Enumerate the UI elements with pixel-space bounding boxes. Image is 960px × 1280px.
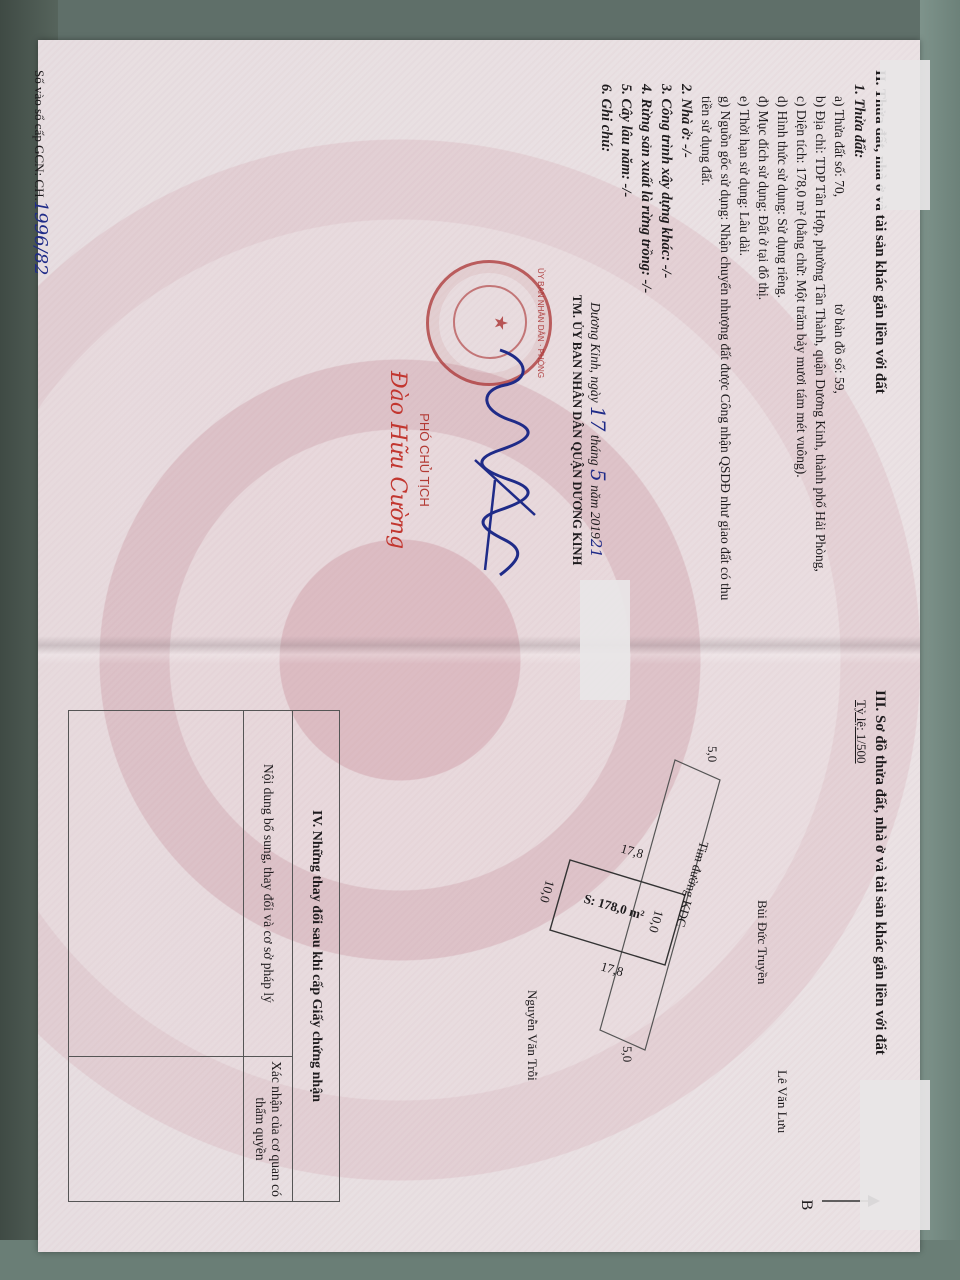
other-works: 3. Công trình xây dựng khác: -/-: [657, 84, 674, 630]
road-width-left: 5,0: [704, 746, 720, 762]
content-cell: [69, 711, 243, 1057]
left-page: II. Thửa đất, nhà ở và tài sản khác gắn …: [30, 70, 900, 630]
neighbor-north: Bùi Đức Truyền: [754, 900, 770, 984]
confirmation-cell: [69, 1057, 243, 1201]
issuing-organization: TM. ỦY BAN NHÂN DÂN QUẬN DƯƠNG KINH: [569, 230, 584, 630]
use-term: e) Thời hạn sử dụng: Lâu dài.: [735, 96, 753, 630]
year-handwritten: 21: [587, 539, 605, 558]
land-heading: 1. Thửa đất:: [850, 84, 867, 630]
perennial-trees: 5. Cây lâu năm: -/-: [617, 84, 634, 630]
rotated-document: II. Thửa đất, nhà ở và tài sản khác gắn …: [0, 0, 960, 1280]
registry-number-handwritten: 1996/82: [30, 201, 51, 276]
map-sheet-number: tờ bản đồ số: 59,: [832, 304, 847, 394]
neighbor-east: Lê Văn Lưu: [774, 1070, 790, 1133]
neighbor-south: Nguyễn Văn Trỗi: [524, 990, 540, 1081]
house: 2. Nhà ở: -/-: [677, 84, 694, 630]
use-purpose: đ) Mục đích sử dụng: Đất ở tại đô thị.: [754, 96, 772, 630]
changes-table: IV. Những thay đổi sau khi cấp Giấy chứn…: [68, 710, 340, 1202]
use-origin-cont: tiền sử dụng đất.: [697, 96, 715, 630]
registry-number: Số vào sổ cấp GCN: CH.1996/82: [30, 70, 51, 276]
road-width-right: 5,0: [619, 1046, 635, 1062]
use-form: d) Hình thức sử dụng: Sử dụng riêng.: [773, 96, 791, 630]
parcel-line: a) Thửa đất số: 70, tờ bản đồ số: 59,: [830, 96, 848, 630]
signature-block: Dương Kinh, ngày 17 tháng 5 năm 201921 T…: [569, 230, 610, 630]
address: b) Địa chỉ: TDP Tân Hợp, phường Tân Thàn…: [811, 96, 829, 630]
issue-date: Dương Kinh, ngày 17 tháng 5 năm 201921: [586, 230, 610, 630]
day-handwritten: 17: [586, 406, 610, 431]
column-confirmation: Xác nhận của cơ quan có thẩm quyền: [244, 1057, 292, 1201]
right-page: III. Sơ đồ thửa đất, nhà ở và tài sản kh…: [30, 690, 900, 1220]
forest: 4. Rừng sản xuất là rừng trồng: -/-: [637, 84, 654, 630]
column-content: Nội dung bổ sung, thay đổi và cơ sở pháp…: [244, 711, 292, 1057]
section-iv-title: IV. Những thay đổi sau khi cấp Giấy chứn…: [292, 711, 339, 1201]
parcel-number: a) Thửa đất số: 70,: [832, 96, 847, 197]
redaction-patch: [880, 60, 930, 210]
use-origin: g) Nguồn gốc sử dụng: Nhận chuyển nhượng…: [716, 96, 734, 630]
changes-table-body: [69, 711, 243, 1201]
signer-name: Đào Hữu Cường: [385, 340, 410, 580]
north-label: B: [797, 1190, 815, 1220]
signer-title: PHÓ CHỦ TỊCH: [417, 370, 432, 550]
parcel-diagram: Tim đường KDC 5,0 5,0 10,0 10,0 17,8 17,…: [420, 690, 840, 1220]
handwritten-signature: [470, 340, 540, 590]
month-handwritten: 5: [586, 469, 610, 482]
changes-table-header: Nội dung bổ sung, thay đổi và cơ sở pháp…: [243, 711, 292, 1201]
redaction-patch: [580, 580, 630, 700]
redaction-patch: [860, 1080, 930, 1230]
area: c) Diện tích: 178,0 m² (bằng chữ: Một tr…: [792, 96, 810, 630]
page-fold: [38, 636, 920, 664]
